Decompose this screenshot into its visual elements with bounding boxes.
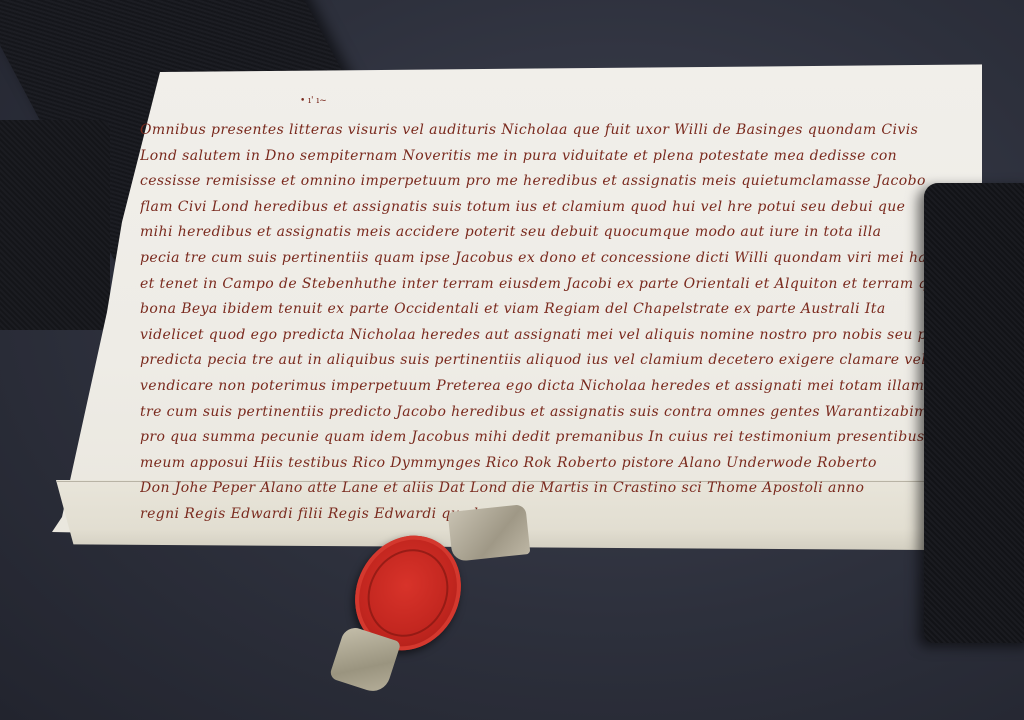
text-line: regni Regis Edwardi filii Regis Edwardi … — [140, 502, 930, 528]
text-line: flam Civi Lond heredibus et assignatis s… — [140, 195, 930, 221]
text-line: cessisse remisisse et omnino imperpetuum… — [140, 169, 930, 195]
text-line: predicta pecia tre aut in aliquibus suis… — [140, 348, 930, 374]
text-line: Don Johe Peper Alano atte Lane et aliis … — [140, 476, 930, 502]
archival-mark: • ı' ı~ — [300, 96, 327, 106]
text-line: meum apposui Hiis testibus Rico Dymmynge… — [140, 451, 930, 477]
text-line: et tenet in Campo de Stebenhuthe inter t… — [140, 272, 930, 298]
text-line: Lond salutem in Dno sempiternam Noveriti… — [140, 144, 930, 170]
seal-tag-upper — [448, 504, 531, 562]
black-cloth-weight-right — [924, 183, 1024, 643]
text-line: pecia tre cum suis pertinentiis quam ips… — [140, 246, 930, 272]
text-line: videlicet quod ego predicta Nicholaa her… — [140, 323, 930, 349]
charter-text: Omnibus presentes litteras visuris vel a… — [140, 118, 930, 528]
text-line: vendicare non poterimus imperpetuum Pret… — [140, 374, 930, 400]
text-line: pro qua summa pecunie quam idem Jacobus … — [140, 425, 930, 451]
text-line: Omnibus presentes litteras visuris vel a… — [140, 118, 930, 144]
text-line: mihi heredibus et assignatis meis accide… — [140, 220, 930, 246]
text-line: bona Beya ibidem tenuit ex parte Occiden… — [140, 297, 930, 323]
text-line: tre cum suis pertinentiis predicto Jacob… — [140, 400, 930, 426]
charter: • ı' ı~ Omnibus presentes litteras visur… — [0, 0, 1024, 720]
